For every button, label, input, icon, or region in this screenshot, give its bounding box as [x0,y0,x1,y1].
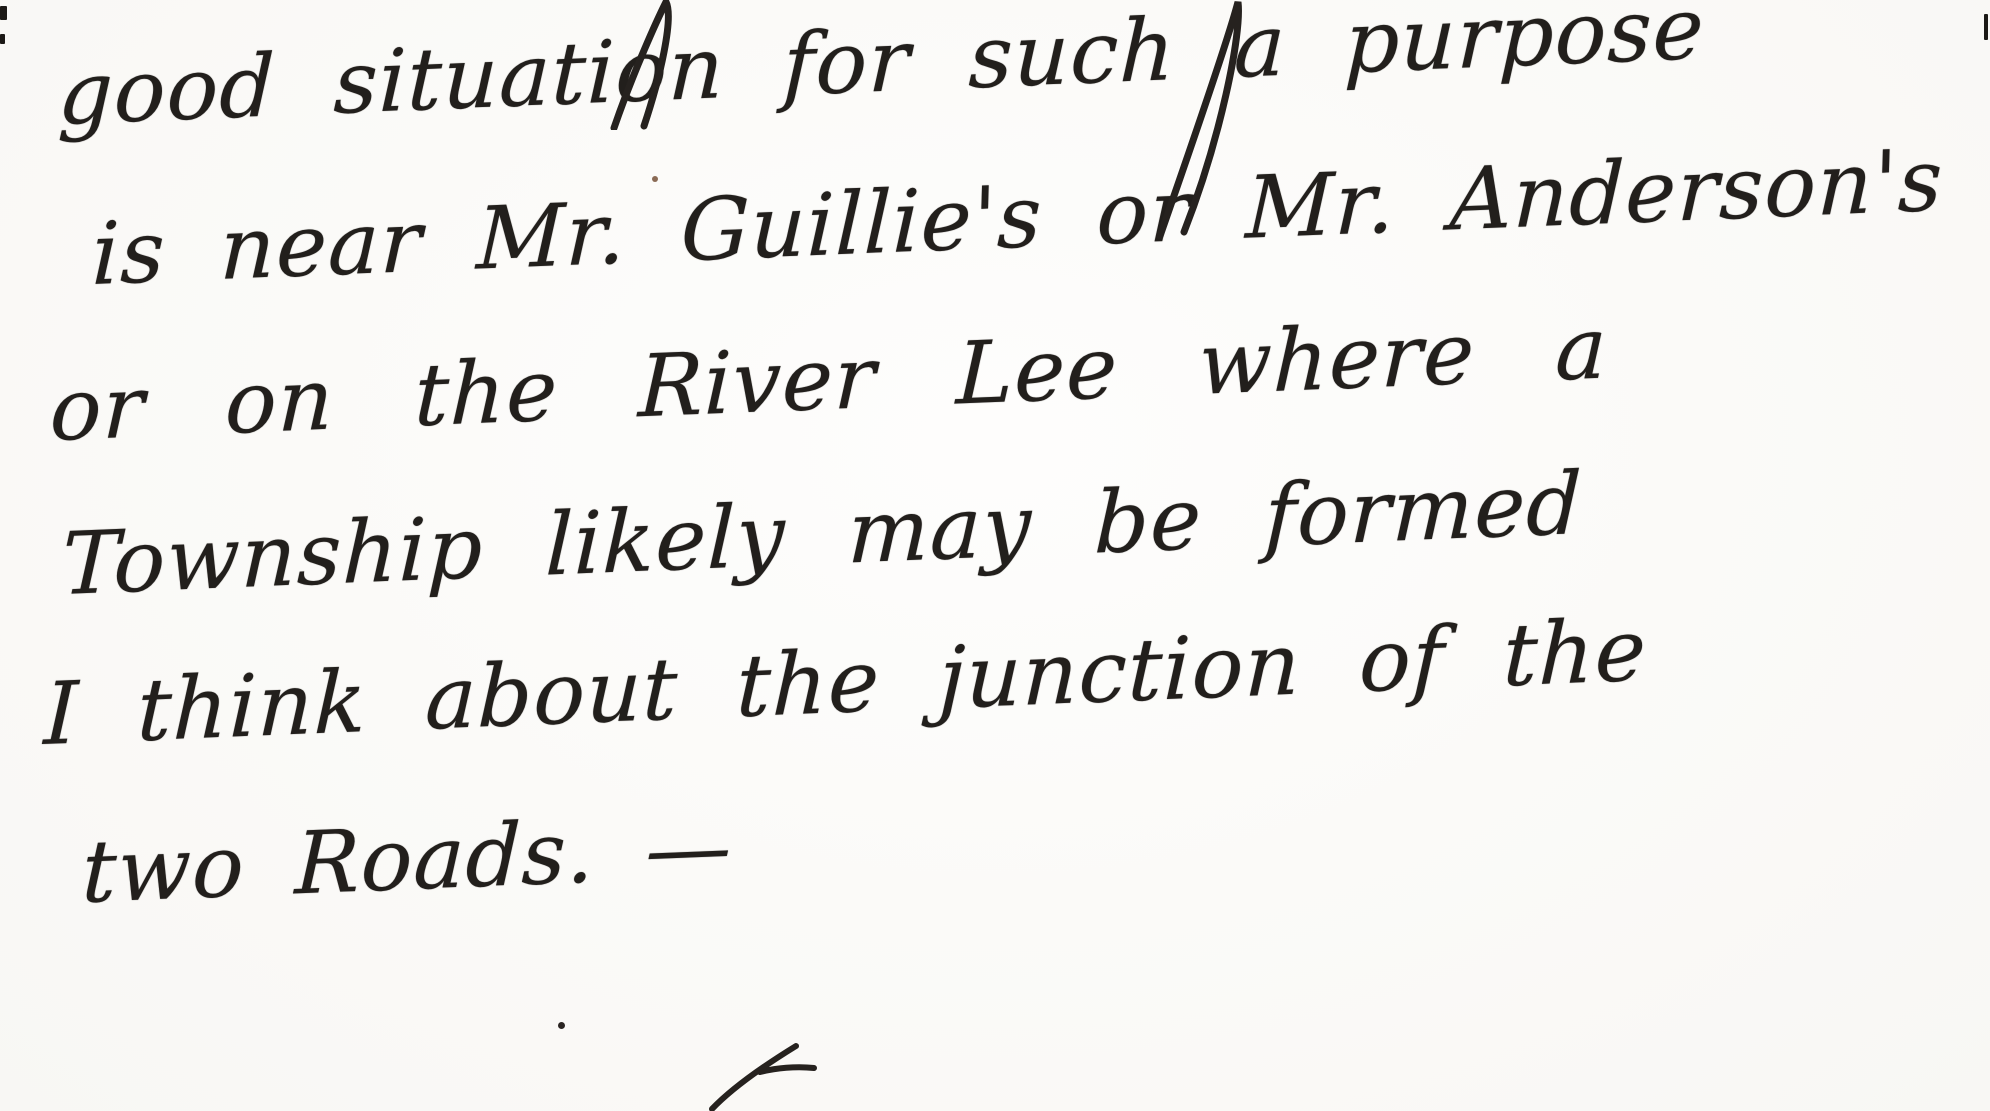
cutoff-tall-loop-stroke [1150,0,1260,240]
scan-speck [0,6,7,20]
manuscript-page: good situation for such a purpose is nea… [0,0,1990,1111]
handwritten-line-3: or on the River Lee where a [49,305,1609,454]
cutoff-ascender-stroke [600,0,720,130]
handwritten-line-6: two Roads. — [81,804,734,916]
handwritten-line-2: is near Mr. Guillie's or Mr. Anderson's [91,138,1945,299]
handwritten-line-4: Township likely may be formed [61,461,1584,608]
scan-speck [558,1022,565,1029]
handwritten-line-5: I think about the junction of the [43,608,1648,759]
handwritten-line-1: good situation for such a purpose [57,0,1706,138]
scan-speck [1984,14,1988,40]
scan-speck [0,34,5,44]
scan-speck [652,176,658,182]
partial-letter-stroke [700,1042,820,1111]
